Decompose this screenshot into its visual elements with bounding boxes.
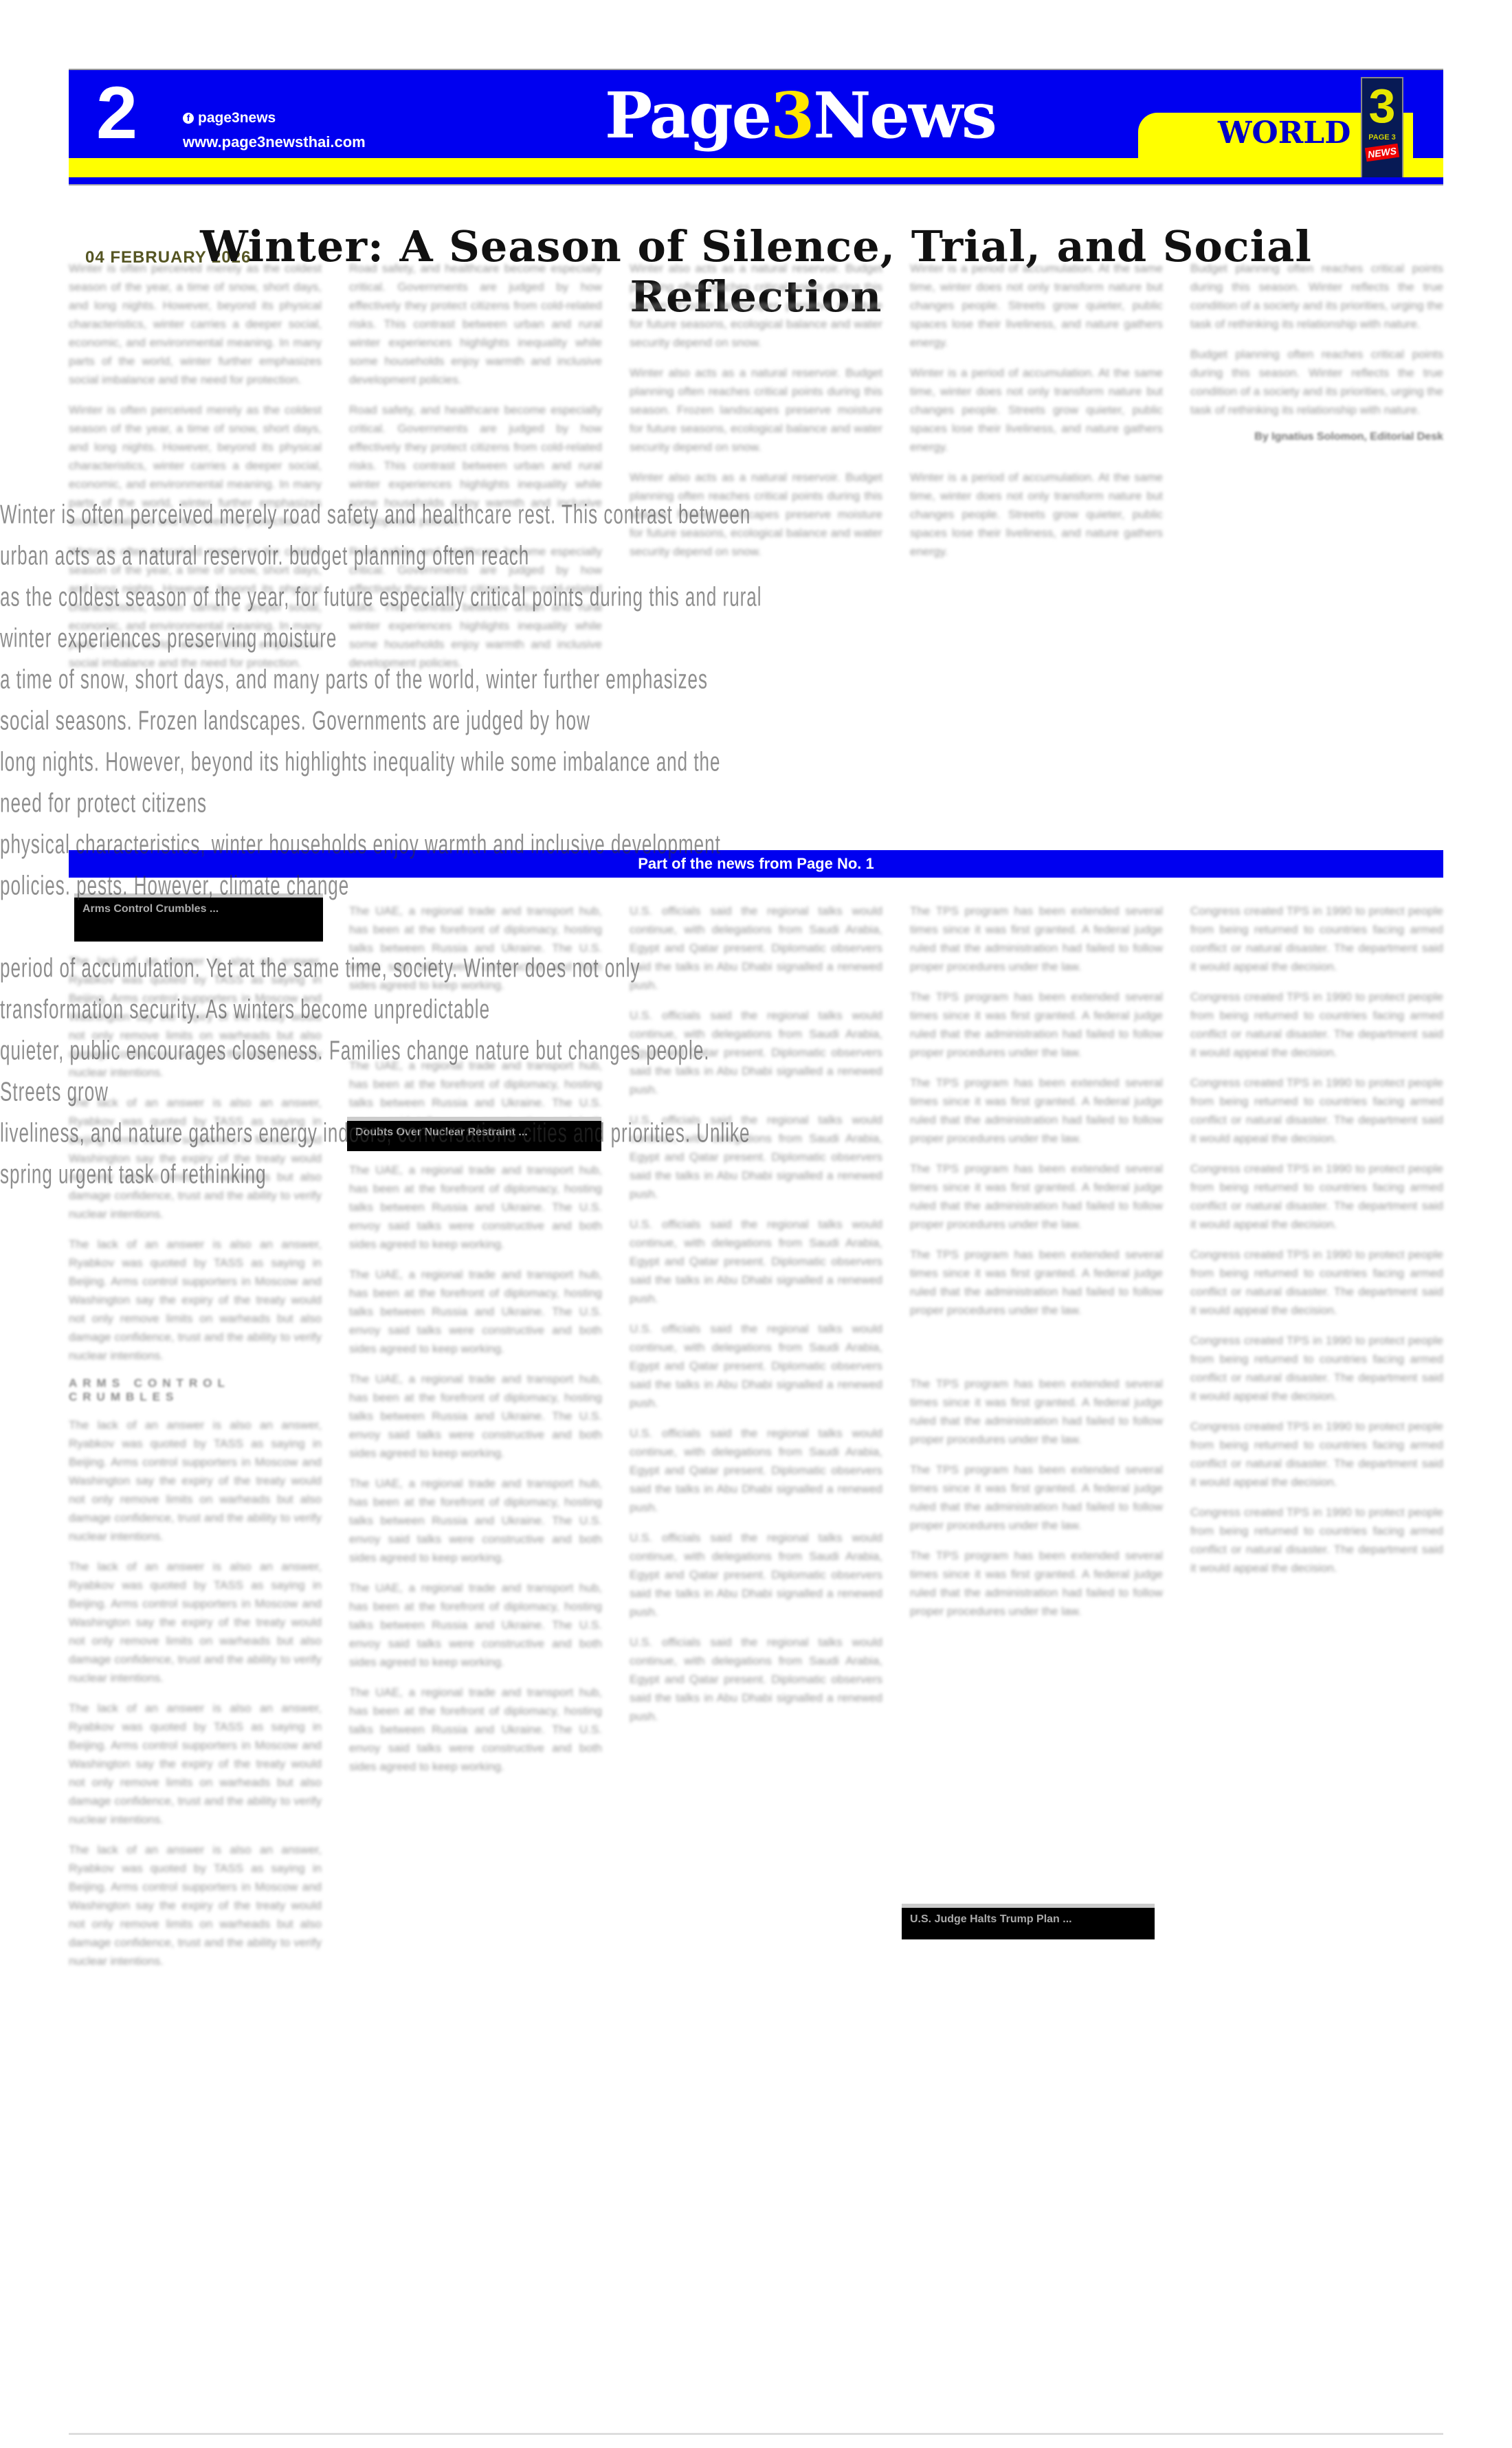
story-label: Doubts Over Nuclear Restraint ... xyxy=(347,1117,601,1151)
article-text: U.S. officials said the regional talks w… xyxy=(630,1320,882,1412)
article-text: The UAE, a regional trade and transport … xyxy=(349,1683,602,1776)
article-column: Winter also acts as a natural reservoir.… xyxy=(630,247,882,845)
article-column: Road safety, and healthcare become espec… xyxy=(349,247,602,845)
article-text: Budget planning often reaches critical p… xyxy=(1190,259,1443,333)
article-text: Road safety, and healthcare become espec… xyxy=(349,542,602,672)
article-column: The lack of an answer is also an answer,… xyxy=(69,890,322,2395)
article-text: U.S. officials said the regional talks w… xyxy=(630,1111,882,1203)
article-text: Budget planning often reaches critical p… xyxy=(1190,345,1443,419)
website-link[interactable]: www.page3newsthai.com xyxy=(183,133,366,151)
article-text: The TPS program has been extended severa… xyxy=(910,1460,1163,1535)
badge-line2: NEWS xyxy=(1365,144,1399,162)
article-column: Winter is a period of accumulation. At t… xyxy=(910,247,1163,845)
badge-number: 3 xyxy=(1362,78,1402,133)
page-bottom-rule xyxy=(69,2433,1443,2435)
article-text: Winter also acts as a natural reservoir.… xyxy=(630,364,882,456)
article-text: The lack of an answer is also an answer,… xyxy=(69,1235,322,1365)
author-signature: By Ignatius Solomon, Editorial Desk xyxy=(1190,431,1443,443)
article-text: Winter is often perceived merely as the … xyxy=(69,259,322,389)
article-text: The TPS program has been extended severa… xyxy=(910,988,1163,1062)
article-text: U.S. officials said the regional talks w… xyxy=(630,1424,882,1517)
masthead: 2 fpage3news www.page3newsthai.com Page3… xyxy=(69,69,1443,179)
article-text: Congress created TPS in 1990 to protect … xyxy=(1190,1331,1443,1405)
article-text: The UAE, a regional trade and transport … xyxy=(349,1579,602,1671)
article-column: The TPS program has been extended severa… xyxy=(910,890,1163,2395)
article-text: Congress created TPS in 1990 to protect … xyxy=(1190,902,1443,976)
logo-number: 3 xyxy=(770,78,813,153)
logo-suffix: News xyxy=(813,78,996,153)
article-text: The lack of an answer is also an answer,… xyxy=(69,1557,322,1687)
top-story-columns: Winter is often perceived merely as the … xyxy=(69,247,1443,845)
section-label: WORLD xyxy=(1218,115,1350,151)
article-text: Winter is a period of accumulation. At t… xyxy=(910,468,1163,561)
article-text: The lack of an answer is also an answer,… xyxy=(69,1840,322,1970)
article-text: The lack of an answer is also an answer,… xyxy=(69,1093,322,1223)
article-column: Winter is often perceived merely as the … xyxy=(69,247,322,845)
article-text: The UAE, a regional trade and transport … xyxy=(349,1474,602,1567)
article-text: Winter is often perceived merely as the … xyxy=(69,542,322,672)
article-text: The UAE, a regional trade and transport … xyxy=(349,1265,602,1358)
article-text: Congress created TPS in 1990 to protect … xyxy=(1190,1073,1443,1148)
article-column: U.S. officials said the regional talks w… xyxy=(630,890,882,2395)
article-text: The lack of an answer is also an answer,… xyxy=(69,952,322,1082)
story-label: U.S. Judge Halts Trump Plan ... xyxy=(902,1904,1155,1939)
article-text: The lack of an answer is also an answer,… xyxy=(69,1416,322,1546)
masthead-bottom-rule xyxy=(69,177,1443,186)
article-text: U.S. officials said the regional talks w… xyxy=(630,1006,882,1099)
article-text: Congress created TPS in 1990 to protect … xyxy=(1190,1245,1443,1320)
article-text: Congress created TPS in 1990 to protect … xyxy=(1190,1159,1443,1234)
facebook-link[interactable]: fpage3news xyxy=(183,110,276,126)
article-text: Winter also acts as a natural reservoir.… xyxy=(630,468,882,561)
bottom-section-columns: The lack of an answer is also an answer,… xyxy=(69,890,1443,2395)
facebook-handle: page3news xyxy=(198,110,276,126)
article-text: Winter also acts as a natural reservoir.… xyxy=(630,259,882,352)
badge-line1: PAGE 3 xyxy=(1362,133,1402,142)
article-column: The UAE, a regional trade and transport … xyxy=(349,890,602,2395)
article-text: U.S. officials said the regional talks w… xyxy=(630,1633,882,1726)
article-text: The lack of an answer is also an answer,… xyxy=(69,1699,322,1829)
article-text: The UAE, a regional trade and transport … xyxy=(349,1370,602,1462)
article-column: Congress created TPS in 1990 to protect … xyxy=(1190,890,1443,2395)
article-text: Winter is a period of accumulation. At t… xyxy=(910,364,1163,456)
continued-from-page-banner: Part of the news from Page No. 1 xyxy=(69,850,1443,878)
article-text: The UAE, a regional trade and transport … xyxy=(349,902,602,994)
article-text: The TPS program has been extended severa… xyxy=(910,1159,1163,1234)
page3-badge-logo: 3 PAGE 3 NEWS xyxy=(1361,77,1403,180)
facebook-icon: f xyxy=(183,113,194,124)
article-text: Congress created TPS in 1990 to protect … xyxy=(1190,1417,1443,1491)
article-text: The TPS program has been extended severa… xyxy=(910,1546,1163,1621)
article-column: Budget planning often reaches critical p… xyxy=(1190,247,1443,845)
article-text: Congress created TPS in 1990 to protect … xyxy=(1190,988,1443,1062)
article-text: U.S. officials said the regional talks w… xyxy=(630,1215,882,1308)
section-subhead: ARMS CONTROL CRUMBLES xyxy=(69,1377,322,1404)
newspaper-logo: Page3News xyxy=(605,84,996,147)
article-text: The TPS program has been extended severa… xyxy=(910,1245,1163,1320)
article-text: Congress created TPS in 1990 to protect … xyxy=(1190,1503,1443,1577)
logo-prefix: Page xyxy=(605,78,770,153)
article-text: Winter is often perceived merely as the … xyxy=(69,401,322,531)
article-text: The TPS program has been extended severa… xyxy=(910,1073,1163,1148)
article-text: Road safety, and healthcare become espec… xyxy=(349,259,602,389)
article-text: Winter is a period of accumulation. At t… xyxy=(910,259,1163,352)
article-text: Road safety, and healthcare become espec… xyxy=(349,401,602,531)
article-text: The UAE, a regional trade and transport … xyxy=(349,1161,602,1254)
article-text: U.S. officials said the regional talks w… xyxy=(630,902,882,994)
story-label: Arms Control Crumbles ... xyxy=(74,893,323,942)
article-text: The TPS program has been extended severa… xyxy=(910,902,1163,976)
page-number: 2 xyxy=(96,76,137,150)
article-text: The TPS program has been extended severa… xyxy=(910,1375,1163,1449)
article-text: U.S. officials said the regional talks w… xyxy=(630,1528,882,1621)
